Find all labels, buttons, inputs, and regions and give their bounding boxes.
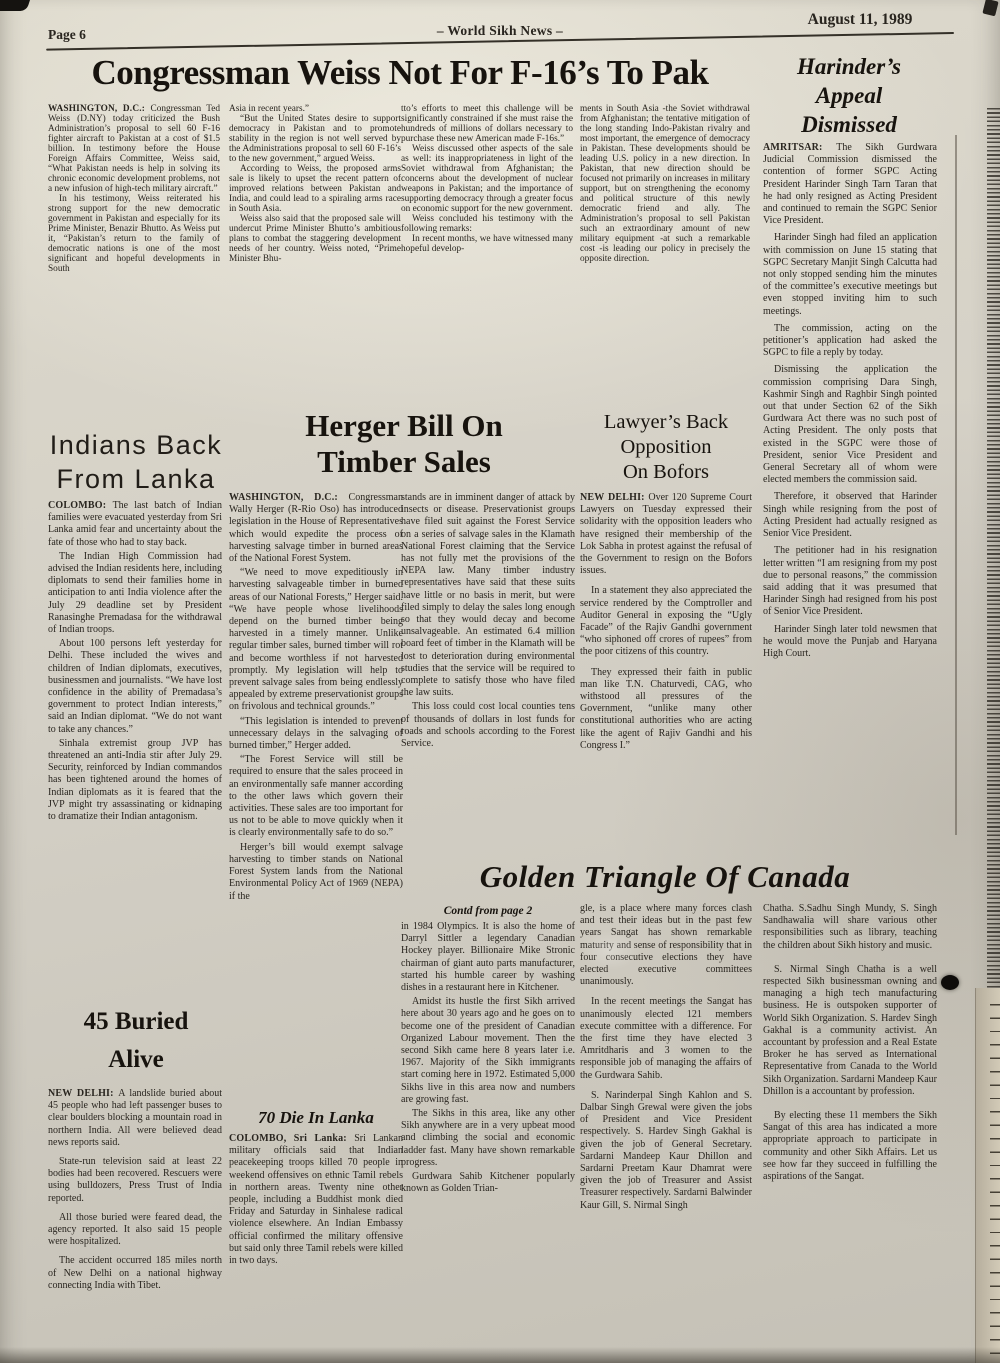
article-45-buried: NEW DELHI: A landslide buried about 45 p…: [48, 1088, 222, 1348]
page-edge-shadow: [955, 135, 957, 835]
ruler-ticks: [990, 992, 1000, 1363]
article-weiss-col2: Asia in recent years.”“But the United St…: [229, 104, 401, 422]
article-harinder: AMRITSAR: The Sikh Gurdwara Judicial Com…: [763, 142, 937, 902]
article-golden-col3: Chatha. S.Sadhu Singh Mundy, S. Singh Sa…: [763, 903, 937, 1358]
article-golden-col1: in 1984 Olympics. It is also the home of…: [401, 921, 575, 1356]
headline-golden-triangle: Golden Triangle Of Canada: [420, 860, 910, 894]
corner-mark-right: [982, 0, 998, 16]
headline-herger-bill: Herger Bill On Timber Sales: [236, 408, 572, 480]
article-indians-back: COLOMBO: The last batch of Indian famili…: [48, 500, 222, 970]
punch-hole: [941, 975, 959, 990]
paper-smudge: [580, 930, 640, 970]
article-weiss-col4: ments in South Asia -the Soviet withdraw…: [580, 104, 750, 422]
article-weiss-col3: tto’s efforts to meet this challenge wil…: [401, 104, 573, 422]
article-golden-col2: gle, is a place where many forces clash …: [580, 903, 752, 1358]
contd-from-page-2: Contd from page 2: [401, 905, 575, 917]
headline-indians-back: Indians Back From Lanka: [48, 428, 224, 496]
headline-harinder-appeal: Harinder’s Appeal Dismissed: [763, 52, 935, 139]
corner-mark-left: [0, 0, 30, 11]
headline-45-buried: 45 Buried Alive: [48, 1003, 224, 1079]
article-weiss-col1: WASHINGTON, D.C.: Congressman Ted Weiss …: [48, 104, 220, 422]
article-herger-col2: stands are in imminent danger of attack …: [401, 492, 575, 860]
article-70-die-lanka: COLOMBO, Sri Lanka: Sri Lankan military …: [229, 1133, 403, 1333]
ruler-edge-teeth: [987, 108, 1000, 998]
article-herger-col1: WASHINGTON, D.C.: Congressman Wally Herg…: [229, 492, 403, 1100]
headline-bofors-opposition: Lawyer’s Back Opposition On Bofors: [580, 410, 752, 485]
bottom-page-edge: [0, 1347, 1000, 1363]
headline-70-die-lanka: 70 Die In Lanka: [229, 1108, 403, 1128]
ruler-edge: [975, 988, 1000, 1363]
issue-date: August 11, 1989: [760, 11, 960, 29]
article-bofors: NEW DELHI: Over 120 Supreme Court Lawyer…: [580, 492, 752, 860]
headline-weiss-f16: Congressman Weiss Not For F-16’s To Pak: [55, 53, 745, 93]
newspaper-page: Page 6 – World Sikh News – August 11, 19…: [0, 0, 1000, 1363]
